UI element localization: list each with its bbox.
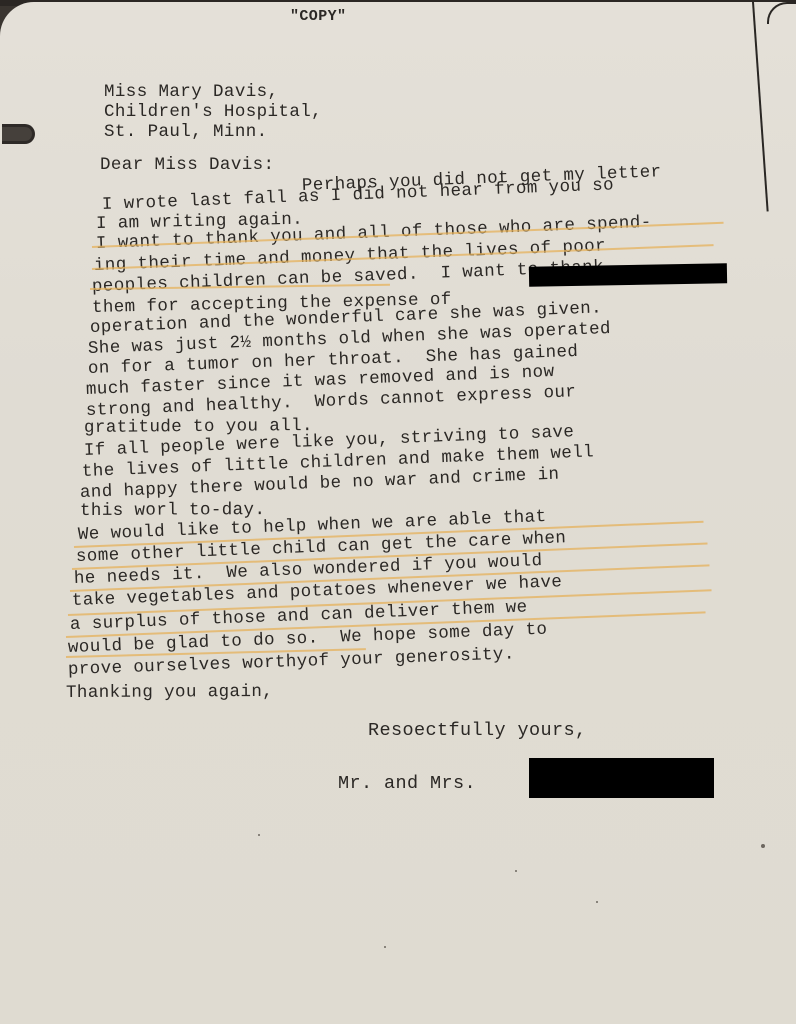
paper-speck xyxy=(596,901,598,903)
recipient-name: Miss Mary Davis, xyxy=(104,82,278,102)
recipient-city: St. Paul, Minn. xyxy=(104,122,268,142)
copy-label: "COPY" xyxy=(290,7,346,27)
adjacent-page-corner xyxy=(767,2,796,24)
recipient-organization: Children's Hospital, xyxy=(104,102,322,122)
paper-speck xyxy=(515,870,517,872)
paper-speck xyxy=(384,946,386,948)
salutation: Dear Miss Davis: xyxy=(100,155,274,175)
closing: Resoectfully yours, xyxy=(368,721,587,741)
adjacent-page-edge xyxy=(752,2,769,212)
binder-clip-mark xyxy=(2,124,35,144)
letter-page: "COPY" Miss Mary Davis, Children's Hospi… xyxy=(0,2,796,1024)
redaction-bar-patient-name xyxy=(529,263,727,286)
paper-speck xyxy=(761,844,765,848)
letter-line: Thanking you again, xyxy=(66,682,273,703)
paper-speck xyxy=(258,834,260,836)
signature-prefix: Mr. and Mrs. xyxy=(338,774,476,794)
redaction-bar-signature xyxy=(529,758,714,798)
